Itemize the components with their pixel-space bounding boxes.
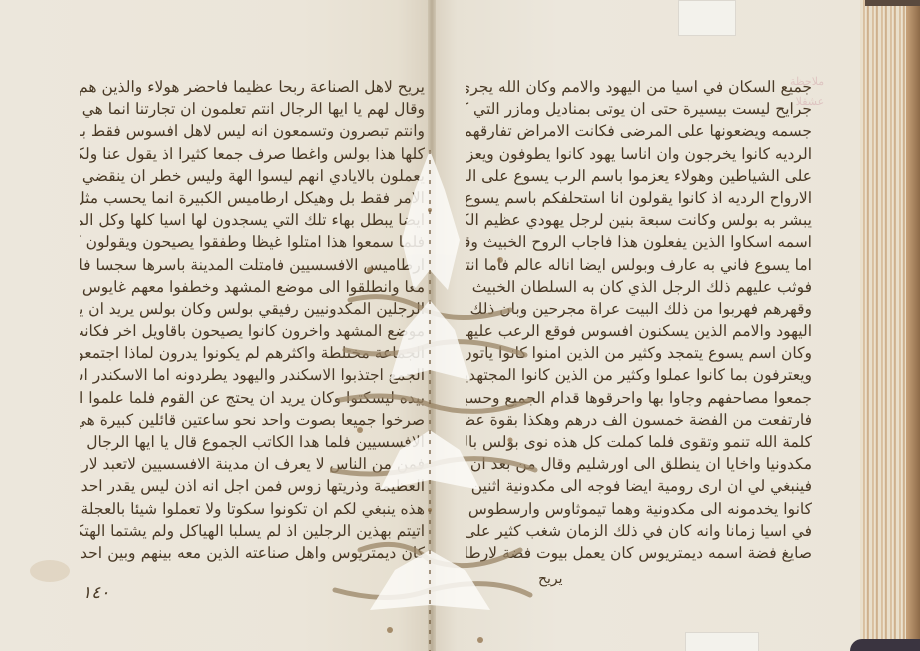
text-line: الافسسيين فلما هدا الكاتب الجموع قال يا … — [80, 431, 425, 453]
text-line: يريح لاهل الصناعة ربحا عظيما فاحضر هولاء… — [80, 76, 425, 98]
text-line: فارتفعت من الفضة خمسون الف درهم وهكذا بق… — [466, 409, 812, 431]
text-line: الارواح الرديه اذ كانوا يقولون انا استحل… — [466, 187, 812, 209]
catchword: يريح — [538, 571, 563, 587]
text-line: فينبغي لي ان ارى رومية ايضا فوجه الى مكد… — [466, 475, 812, 497]
book-cover-corner — [850, 639, 920, 651]
text-line: فلما سمعوا هذا امتلوا غيظا وطفقوا يصيحون… — [80, 231, 425, 253]
text-line: هذه ينبغي لكم ان تكونوا سكوتا ولا تعملوا… — [80, 498, 425, 520]
text-line: ايضا يبطل بهاء تلك التي يسجدون لها اسيا … — [80, 209, 425, 231]
right-page-text: جميع السكان في اسيا من اليهود والامم وكا… — [466, 76, 812, 564]
text-line: الجماعة مختلطة واكثرهم لم يكونوا يدرون ل… — [80, 342, 425, 364]
text-line: يبشر به بولس وكانت سبعة بنين لرجل يهودي … — [466, 209, 812, 231]
text-line: اليهود والامم الذين يسكنون افسوس فوقع ال… — [466, 320, 812, 342]
text-line: اسمه اسكاوا الذين يفعلون هذا فاجاب الروح… — [466, 231, 812, 253]
text-line: فمن من الناس لا يعرف ان مدينة الافسسيين … — [80, 453, 425, 475]
text-line: صايغ فضة اسمه ديمتريوس كان يعمل بيوت فضة… — [466, 542, 812, 564]
text-line: موضع المشهد واخرون كانوا يصيحون باقاويل … — [80, 320, 425, 342]
pencil-note-line: ملاحظة — [790, 72, 824, 92]
text-line: جرايح ليست بيسيرة حتى ان يوتى بمناديل وم… — [466, 98, 812, 120]
text-line: اتيتم بهذين الرجلين اذ لم يسلبا الهياكل … — [80, 520, 425, 542]
text-line: فوثب عليهم ذلك الرجل الذي كان به السلطان… — [466, 276, 812, 298]
text-line: الجمع اجتذبوا الاسكندر واليهود يطردونه ا… — [80, 364, 425, 386]
text-line: جمعوا مصاحفهم وجاوا بها واحرقوها قدام ال… — [466, 387, 812, 409]
folio-number: ١٤٠ — [82, 583, 109, 603]
text-line: جميع السكان في اسيا من اليهود والامم وكا… — [466, 76, 812, 98]
book-gutter — [428, 0, 436, 651]
manuscript-spread: يريح لاهل الصناعة ربحا عظيما فاحضر هولاء… — [0, 0, 920, 651]
text-line: صرخوا جميعا بصوت واحد نحو ساعتين قائلين … — [80, 409, 425, 431]
text-line: جسمه ويضعونها على المرضى فكانت الامراض ت… — [466, 120, 812, 142]
text-line: وكان اسم يسوع يتمجد وكثير من الذين امنوا… — [466, 342, 812, 364]
text-line: مكدونيا واخايا ان ينطلق الى اورشليم وقال… — [466, 453, 812, 475]
text-line: وقهرهم فهربوا من ذلك البيت عراة مجرحين و… — [466, 298, 812, 320]
left-page-text: يريح لاهل الصناعة ربحا عظيما فاحضر هولاء… — [80, 76, 425, 564]
text-line: بيده ليسكتوا وكان يريد ان يحتج عن القوم … — [80, 387, 425, 409]
text-line: العظيمة وذريتها زوس فمن اجل انه اذن ليس … — [80, 475, 425, 497]
pencil-note-line: عشقلا — [790, 92, 824, 112]
paper-stain — [30, 560, 70, 582]
text-line: ارطاميس الافسسيين فامتلت المدينة باسرها … — [80, 254, 425, 276]
text-line: كلها هذا بولس واغطا صرف جمعا كثيرا اذ يق… — [80, 143, 425, 165]
text-line: الرجلين المكدونيين رفيقي بولس وكان بولس … — [80, 298, 425, 320]
text-line: كلمة الله تنمو وتقوى فلما كملت كل هذه نو… — [466, 431, 812, 453]
text-line: على الشياطين وهولاء يعزموا باسم الرب يسو… — [466, 165, 812, 187]
text-line: اما يسوع فاني به عارف وبولس ايضا اناله ع… — [466, 254, 812, 276]
text-line: الامر فقط بل وهيكل ارطاميس الكبيرة انما … — [80, 187, 425, 209]
text-line: معا وانطلقوا الى موضع المشهد وخطفوا معهم… — [80, 276, 425, 298]
text-line: في اسيا زمانا وانه كان في ذلك الزمان شغب… — [466, 520, 812, 542]
pencil-annotation: ملاحظة عشقلا — [790, 72, 824, 112]
text-line: الرديه كانوا يخرجون وان اناسا يهود كانوا… — [466, 143, 812, 165]
page-fore-edge — [860, 0, 920, 651]
text-line: وقال لهم يا ايها الرجال انتم تعلمون ان ت… — [80, 98, 425, 120]
paper-tab-top — [678, 0, 736, 36]
text-line: وانتم تبصرون وتسمعون انه ليس لاهل افسوس … — [80, 120, 425, 142]
text-line: كانوا يخدمونه الى مكدونية وهما تيموثاوس … — [466, 498, 812, 520]
text-line: كان ديمتريوس واهل صناعته الذين معه بينهم… — [80, 542, 425, 564]
text-line: يعملون بالايادي انهم ليسوا الهة وليس خطر… — [80, 165, 425, 187]
text-line: ويعترفون بما كانوا عملوا وكثير من الذين … — [466, 364, 812, 386]
paper-tab-bottom — [685, 632, 759, 651]
book-cover-top — [865, 0, 920, 6]
